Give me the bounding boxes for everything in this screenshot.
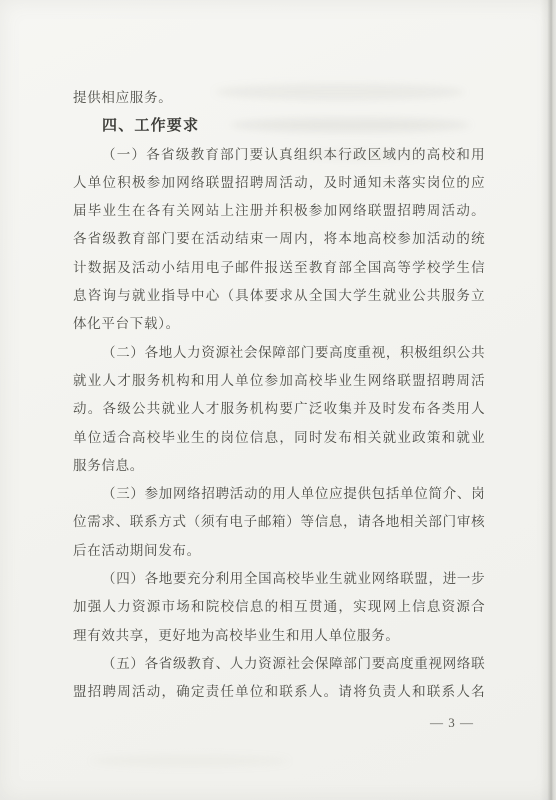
text-line: 就业人才服务机构和用人单位参加高校毕业生网络联盟招聘周活 [73,367,485,395]
text-line: 动。各级公共就业人才服务机构要广泛收集并及时发布各类用人 [73,395,485,423]
document-body: 提供相应服务。四、工作要求（一）各省级教育部门要认真组织本行政区域内的高校和用人… [73,84,485,707]
text-line: （二）各地人力资源社会保障部门要高度重视，积极组织公共 [73,339,485,367]
text-line: 息咨询与就业指导中心（具体要求从全国大学生就业公共服务立 [73,282,485,310]
text-line: 加强人力资源市场和院校信息的相互贯通，实现网上信息资源合 [73,593,485,621]
text-line: 届毕业生在各有关网站上注册并积极参加网络联盟招聘周活动。 [73,197,485,225]
scan-artifact [90,755,290,767]
document-page: 提供相应服务。四、工作要求（一）各省级教育部门要认真组织本行政区域内的高校和用人… [0,0,556,800]
text-line: 提供相应服务。 [73,84,485,112]
text-line: 单位适合高校毕业生的岗位信息，同时发布相关就业政策和就业 [73,424,485,452]
page-number: — 3 — [430,712,490,734]
text-line: 盟招聘周活动，确定责任单位和联系人。请将负责人和联系人名 [73,678,485,706]
scan-edge-shadow [540,0,556,800]
text-line: 各省级教育部门要在活动结束一周内，将本地高校参加活动的统 [73,225,485,253]
text-line: （三）参加网络招聘活动的用人单位应提供包括单位简介、岗 [73,480,485,508]
text-line: 服务信息。 [73,452,485,480]
text-line: 计数据及活动小结用电子邮件报送至教育部全国高等学校学生信 [73,254,485,282]
text-line: （五）各省级教育、人力资源社会保障部门要高度重视网络联 [73,650,485,678]
text-line: 人单位积极参加网络联盟招聘周活动，及时通知未落实岗位的应 [73,169,485,197]
text-line: 位需求、联系方式（须有电子邮箱）等信息，请各地相关部门审核 [73,508,485,536]
section-heading: 四、工作要求 [73,112,485,140]
text-line: 后在活动期间发布。 [73,537,485,565]
text-line: （四）各地要充分利用全国高校毕业生就业网络联盟，进一步 [73,565,485,593]
text-line: 理有效共享，更好地为高校毕业生和用人单位服务。 [73,622,485,650]
text-line: （一）各省级教育部门要认真组织本行政区域内的高校和用 [73,141,485,169]
text-line: 体化平台下载）。 [73,310,485,338]
